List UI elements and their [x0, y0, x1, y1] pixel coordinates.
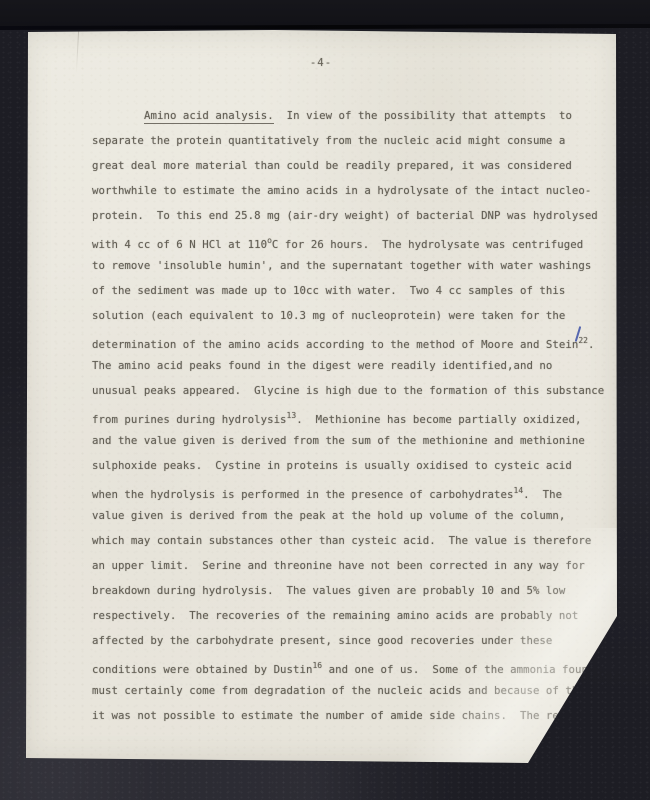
text-segment: . The	[523, 488, 562, 501]
superscript-reference: 22	[578, 336, 588, 345]
text-segment: In view of the possibility that attempts…	[274, 109, 572, 122]
superscript-reference: 13	[287, 411, 297, 420]
text-line: protein. To this end 25.8 mg (air-dry we…	[92, 203, 617, 228]
text-segment: conditions were obtained by Dustin	[92, 663, 312, 676]
text-segment: . Methionine has become partially oxidiz…	[296, 413, 581, 426]
text-line: when the hydrolysis is performed in the …	[92, 478, 617, 503]
superscript-reference: 14	[514, 486, 524, 495]
text-segment: respectively. The recoveries of the rema…	[92, 609, 578, 622]
typewritten-body: Amino acid analysis. In view of the poss…	[92, 103, 617, 728]
text-segment: sulphoxide peaks. Cystine in proteins is…	[92, 459, 572, 472]
text-segment: an upper limit. Serine and threonine hav…	[92, 559, 585, 572]
text-line: of the sediment was made up to 10cc with…	[92, 278, 617, 303]
text-segment: of the sediment was made up to 10cc with…	[92, 284, 565, 297]
text-segment: Amino acid analysis.	[144, 109, 274, 124]
text-line: affected by the carbohydrate present, si…	[92, 628, 617, 653]
text-segment: .	[588, 338, 595, 351]
page-number: -4-	[24, 56, 618, 69]
text-line: worthwhile to estimate the amino acids i…	[92, 178, 617, 203]
text-line: with 4 cc of 6 N HCl at 110oC for 26 hou…	[92, 228, 617, 253]
text-line: unusual peaks appeared. Glycine is high …	[92, 378, 617, 403]
text-segment: breakdown during hydrolysis. The values …	[92, 584, 565, 597]
text-line: sulphoxide peaks. Cystine in proteins is…	[92, 453, 617, 478]
text-segment: it was not possible to estimate the numb…	[92, 709, 565, 722]
text-line: and the value given is derived from the …	[92, 428, 617, 453]
text-segment: unusual peaks appeared. Glycine is high …	[92, 384, 604, 397]
text-segment: which may contain substances other than …	[92, 534, 591, 547]
photo-backdrop: -4- Amino acid analysis. In view of the …	[0, 0, 650, 800]
text-segment: with 4 cc of 6 N HCl at 110	[92, 238, 267, 251]
text-segment: when the hydrolysis is performed in the …	[92, 488, 514, 501]
text-line: Amino acid analysis. In view of the poss…	[92, 103, 617, 128]
text-line: respectively. The recoveries of the rema…	[92, 603, 617, 628]
text-segment: worthwhile to estimate the amino acids i…	[92, 184, 591, 197]
text-line: determination of the amino acids accordi…	[92, 328, 617, 353]
text-segment: C for 26 hours. The hydrolysate was cent…	[272, 238, 583, 251]
text-line: an upper limit. Serine and threonine hav…	[92, 553, 617, 578]
text-line: from purines during hydrolysis13. Methio…	[92, 403, 617, 428]
text-line: The amino acid peaks found in the digest…	[92, 353, 617, 378]
text-segment: determination of the amino acids accordi…	[92, 338, 578, 351]
document-page: -4- Amino acid analysis. In view of the …	[24, 30, 618, 763]
backdrop-top-band	[0, 0, 650, 26]
text-segment: separate the protein quantitatively from…	[92, 134, 565, 147]
text-line: must certainly come from degradation of …	[92, 678, 617, 703]
text-line: solution (each equivalent to 10.3 mg of …	[92, 303, 617, 328]
text-line: it was not possible to estimate the numb…	[92, 703, 617, 728]
text-segment: must certainly come from degradation of …	[92, 684, 591, 697]
text-line: to remove 'insoluble humin', and the sup…	[92, 253, 617, 278]
text-segment: great deal more material than could be r…	[92, 159, 572, 172]
text-segment: and one of us. Some of the ammonia found	[322, 663, 594, 676]
text-segment: from purines during hydrolysis	[92, 413, 287, 426]
text-segment: protein. To this end 25.8 mg (air-dry we…	[92, 209, 598, 222]
superscript-reference: 16	[312, 661, 322, 670]
text-segment: value given is derived from the peak at …	[92, 509, 565, 522]
text-line: value given is derived from the peak at …	[92, 503, 617, 528]
text-line: breakdown during hydrolysis. The values …	[92, 578, 617, 603]
backdrop-seam	[0, 24, 650, 30]
text-segment: solution (each equivalent to 10.3 mg of …	[92, 309, 565, 322]
text-line: great deal more material than could be r…	[92, 153, 617, 178]
text-segment: to remove 'insoluble humin', and the sup…	[92, 259, 591, 272]
text-segment: and the value given is derived from the …	[92, 434, 585, 447]
text-segment: affected by the carbohydrate present, si…	[92, 634, 552, 647]
text-line: separate the protein quantitatively from…	[92, 128, 617, 153]
text-line: conditions were obtained by Dustin16 and…	[92, 653, 617, 678]
text-line: which may contain substances other than …	[92, 528, 617, 553]
text-segment: The amino acid peaks found in the digest…	[92, 359, 552, 372]
